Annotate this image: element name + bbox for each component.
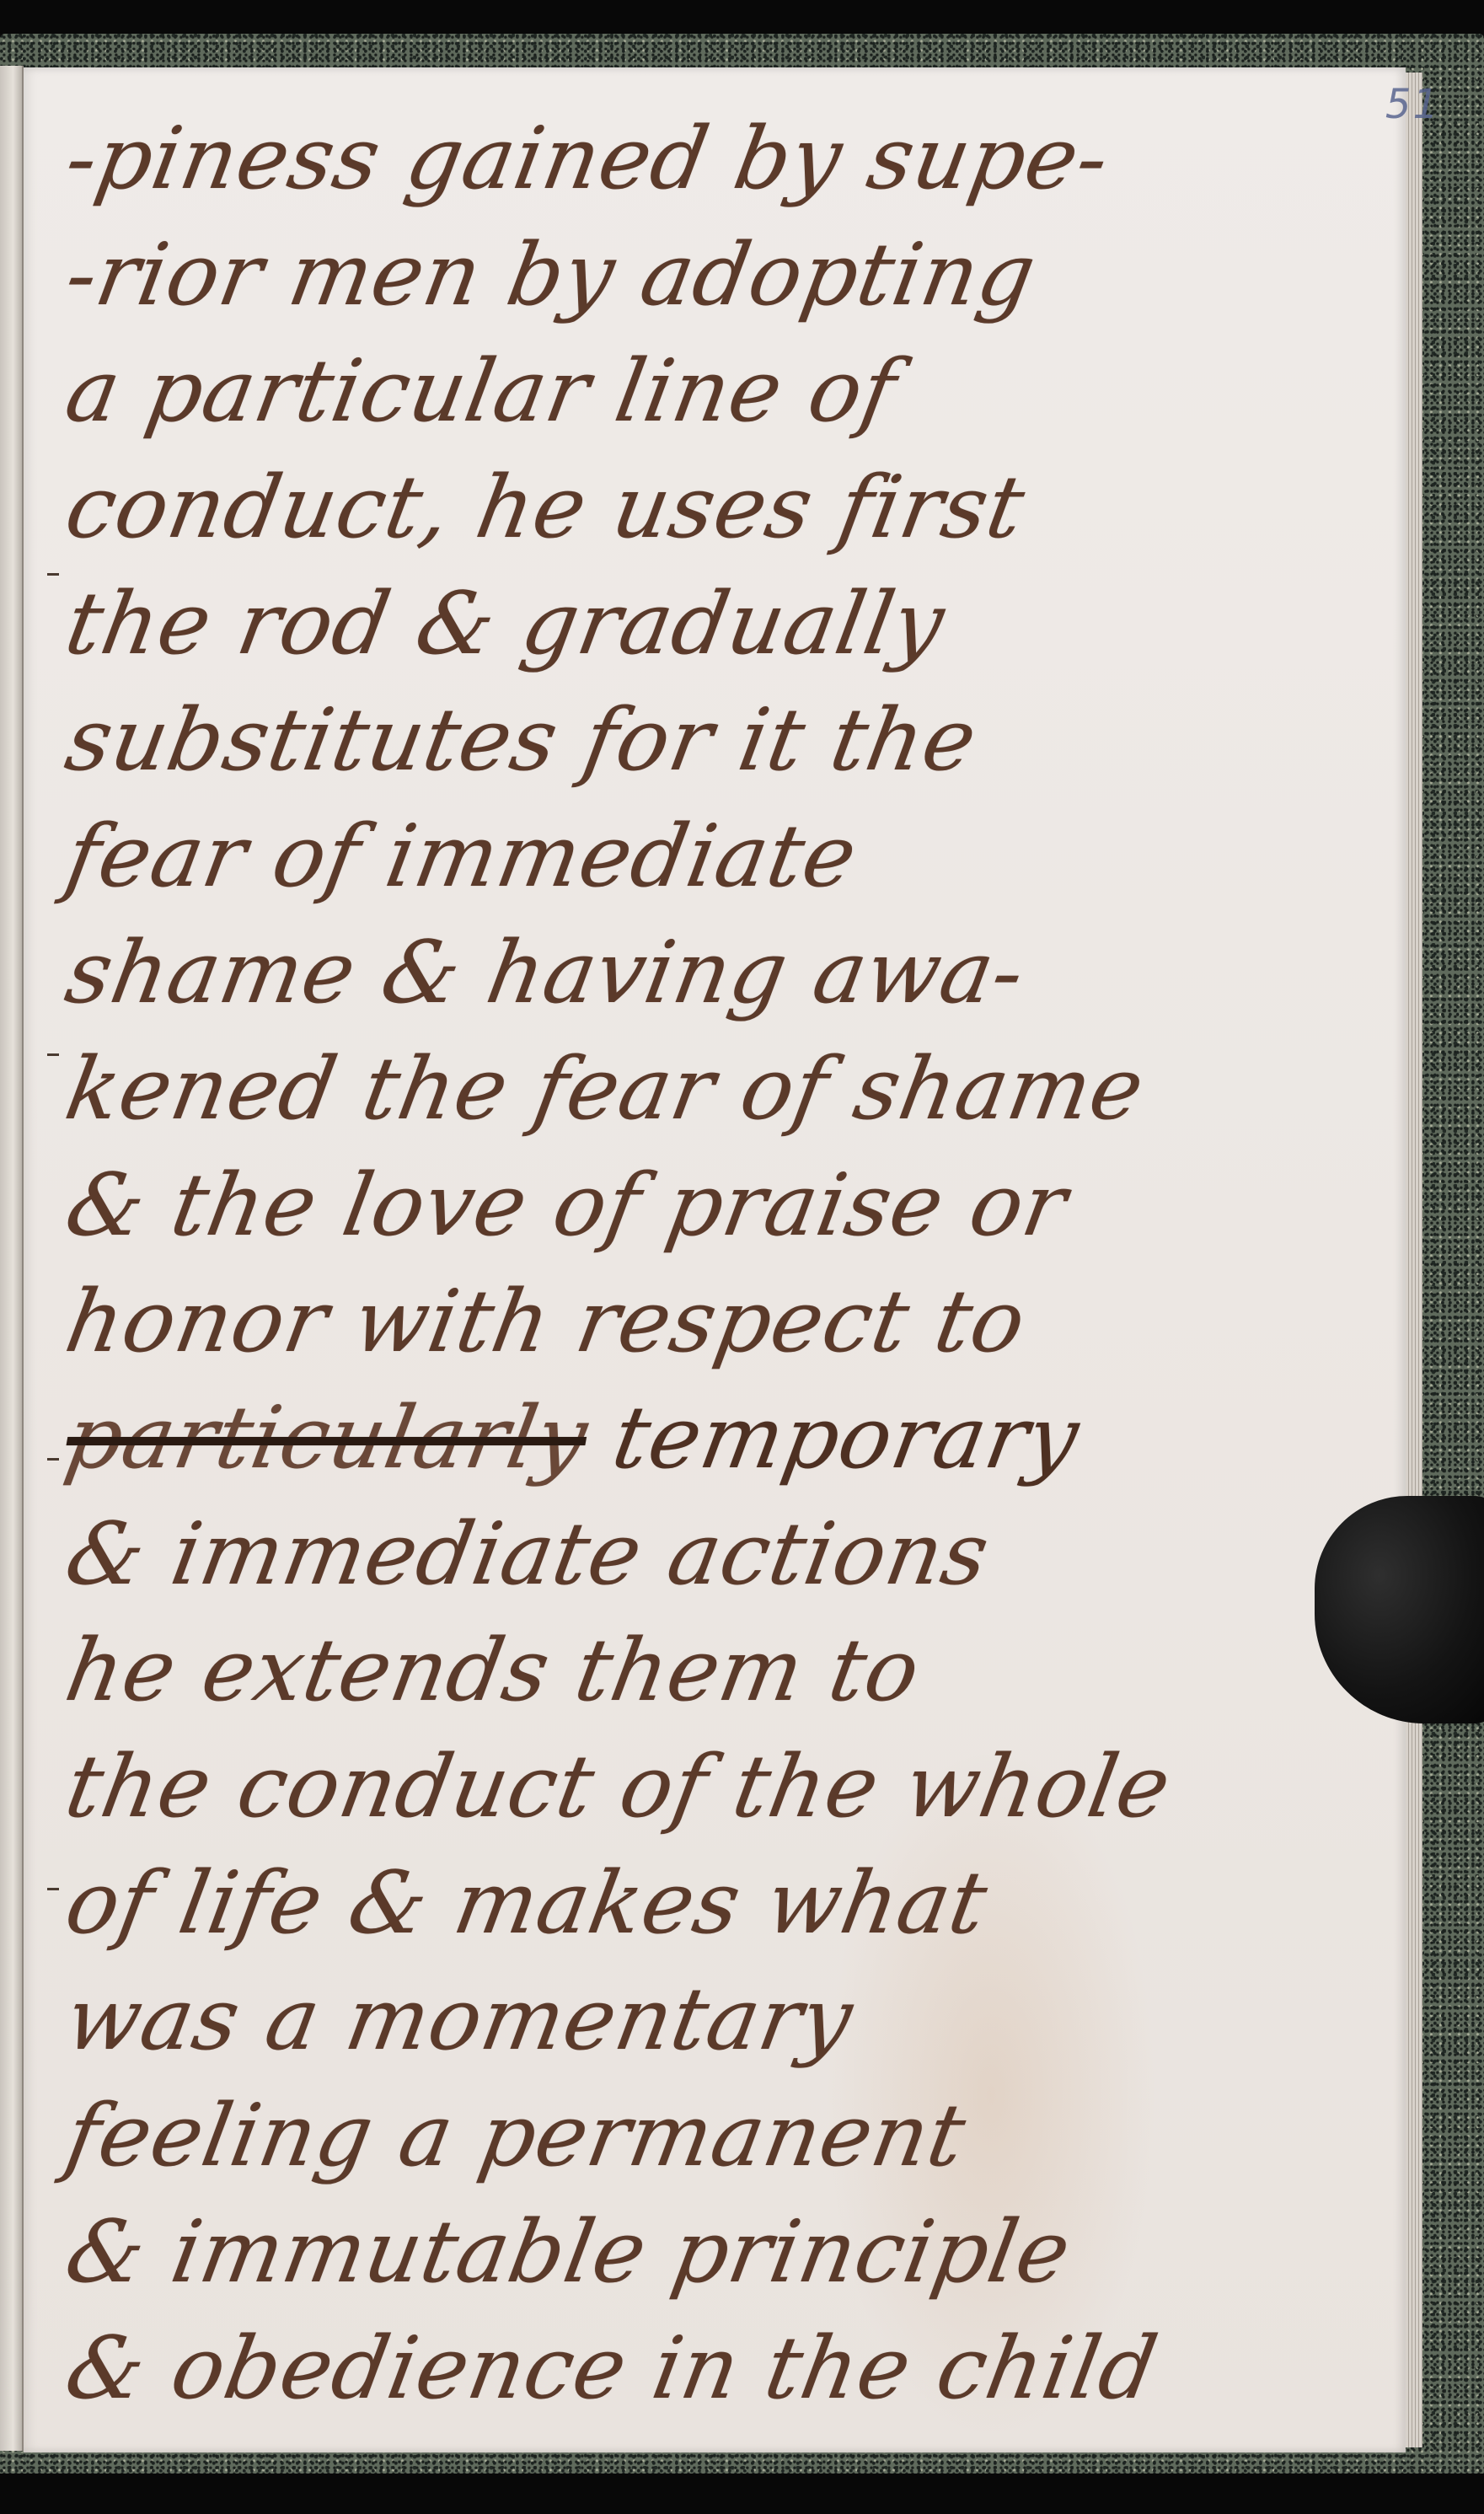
line-text: -piness gained by supe-	[59, 109, 1117, 209]
text-line: kened the fear of shame	[57, 1032, 1392, 1148]
replacement-word: temporary	[606, 1388, 1087, 1488]
margin-tick-mark	[47, 573, 59, 576]
text-line: & immediate actions	[57, 1497, 1392, 1613]
text-line: honor with respect to	[57, 1264, 1392, 1380]
text-line: of life & makes what	[57, 1846, 1392, 1962]
line-text: of life & makes what	[59, 1853, 995, 1954]
line-text: the rod & gradually	[59, 574, 952, 674]
text-line: & the love of praise or	[57, 1148, 1392, 1264]
margin-tick-mark	[47, 1888, 59, 1890]
text-line: -piness gained by supe-	[57, 101, 1392, 217]
line-text: the conduct of the whole	[59, 1737, 1179, 1837]
facing-page-edge	[0, 66, 24, 2451]
line-text: honor with respect to	[59, 1272, 1033, 1372]
photograph-scene: 51 -piness gained by supe- -rior men by …	[0, 0, 1484, 2514]
line-text: & obedience in the child	[59, 2318, 1165, 2419]
text-line: the rod & gradually	[57, 566, 1392, 683]
line-text: & the love of praise or	[59, 1155, 1074, 1256]
text-line: was a momentary	[57, 1962, 1392, 2078]
text-line: & immutable principle	[57, 2195, 1392, 2311]
text-line: the conduct of the whole	[57, 1729, 1392, 1846]
stacked-page-edges	[1406, 72, 1422, 2447]
line-text: fear of immediate	[59, 807, 865, 907]
background-shadow-bottom	[0, 2474, 1484, 2514]
text-line: he extends them to	[57, 1613, 1392, 1729]
struck-through-word: particularly	[59, 1388, 596, 1488]
line-text: was a momentary	[59, 1970, 860, 2070]
margin-tick-mark	[47, 1458, 59, 1461]
line-text: kened the fear of shame	[59, 1039, 1152, 1139]
text-line: feeling a permanent	[57, 2078, 1392, 2195]
line-text: & immediate actions	[59, 1504, 997, 1605]
handwritten-text-block: -piness gained by supe- -rior men by ado…	[67, 101, 1382, 2427]
text-line: -rior men by adopting	[57, 217, 1392, 334]
text-line: conduct, he uses first	[57, 450, 1392, 566]
text-line: shame & having awa-	[57, 915, 1392, 1032]
line-text: feeling a permanent	[59, 2086, 973, 2186]
text-line: fear of immediate	[57, 799, 1392, 915]
text-line: substitutes for it the	[57, 683, 1392, 799]
page-number: 51	[1385, 81, 1440, 128]
text-line: a particular line of	[57, 334, 1392, 450]
line-text: conduct, he uses first	[59, 458, 1032, 558]
background-shadow-top	[0, 0, 1484, 34]
line-text: shame & having awa-	[59, 923, 1032, 1023]
line-text: substitutes for it the	[59, 690, 984, 791]
line-text: a particular line of	[59, 341, 904, 442]
text-line-with-correction: particularly temporary	[57, 1380, 1392, 1497]
line-text: & immutable principle	[59, 2202, 1079, 2302]
text-line: & obedience in the child	[57, 2311, 1392, 2427]
line-text: -rior men by adopting	[59, 225, 1043, 325]
line-text: he extends them to	[59, 1621, 928, 1721]
margin-tick-mark	[47, 1053, 59, 1056]
